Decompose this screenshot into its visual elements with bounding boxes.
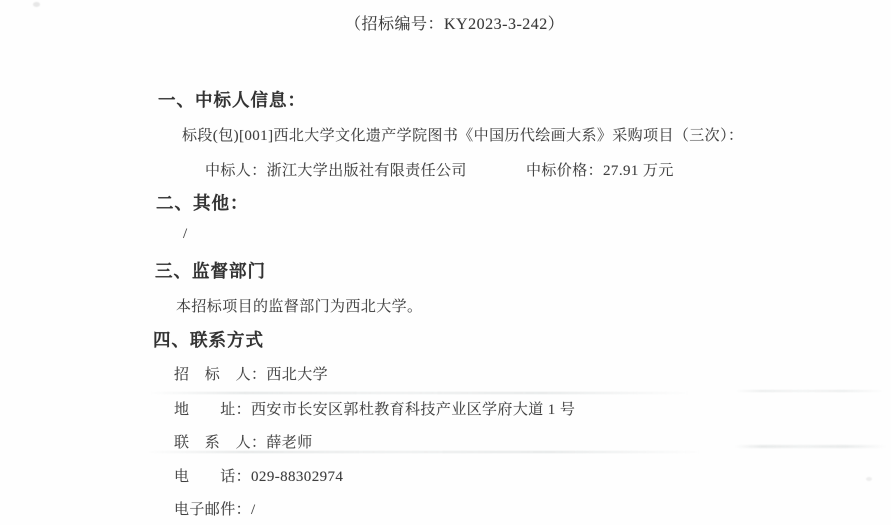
tenderer-value: 西北大学 xyxy=(266,367,328,383)
winner-name: 浙江大学出版社有限责任公司 xyxy=(267,163,467,179)
phone-label: 电 话： xyxy=(174,469,251,485)
section1-lot-line: 标段(包)[001]西北大学文化遗产学院图书《中国历代绘画大系》采购项目（三次）… xyxy=(182,124,743,145)
scan-streak-artifact xyxy=(145,451,705,453)
price-value: 27.91 万元 xyxy=(603,163,674,179)
scanned-document-page: （招标编号：KY2023-3-242） 一、中标人信息： 标段(包)[001]西… xyxy=(0,0,891,525)
price-label: 中标价格： xyxy=(526,163,603,179)
winner-line: 中标人：浙江大学出版社有限责任公司 xyxy=(205,159,467,180)
winner-label: 中标人： xyxy=(205,163,267,179)
contact-row-phone: 电 话：029-88302974 xyxy=(174,465,343,486)
section4-heading: 四、联系方式 xyxy=(153,327,264,352)
contact-row-address: 地 址：西安市长安区郭杜教育科技产业区学府大道 1 号 xyxy=(174,398,575,419)
scan-streak-artifact xyxy=(148,392,693,394)
section1-heading: 一、中标人信息： xyxy=(158,87,306,112)
contact-row-email: 电子邮件：/ xyxy=(174,498,256,519)
scan-speck-artifact xyxy=(866,477,872,481)
contact-row-person: 联 系 人：薛老师 xyxy=(174,431,313,452)
email-value: / xyxy=(251,502,256,518)
tenderer-label: 招 标 人： xyxy=(174,367,266,383)
email-label: 电子邮件： xyxy=(174,502,251,518)
section3-heading: 三、监督部门 xyxy=(155,258,266,283)
scan-streak-artifact xyxy=(735,390,885,392)
address-value: 西安市长安区郭杜教育科技产业区学府大道 1 号 xyxy=(251,402,575,418)
price-line: 中标价格：27.91 万元 xyxy=(526,159,674,180)
contact-person-label: 联 系 人： xyxy=(174,435,266,451)
section2-content: / xyxy=(183,226,188,243)
contact-row-tenderer: 招 标 人：西北大学 xyxy=(174,363,328,384)
tender-number-line: （招标编号：KY2023-3-242） xyxy=(345,11,564,34)
section3-content: 本招标项目的监督部门为西北大学。 xyxy=(176,295,422,316)
contact-person-value: 薛老师 xyxy=(266,435,312,451)
phone-value: 029-88302974 xyxy=(251,469,343,485)
scan-streak-artifact xyxy=(735,445,887,448)
address-label: 地 址： xyxy=(174,402,251,418)
section2-heading: 二、其他： xyxy=(156,190,249,215)
scan-speck-artifact xyxy=(33,2,40,7)
